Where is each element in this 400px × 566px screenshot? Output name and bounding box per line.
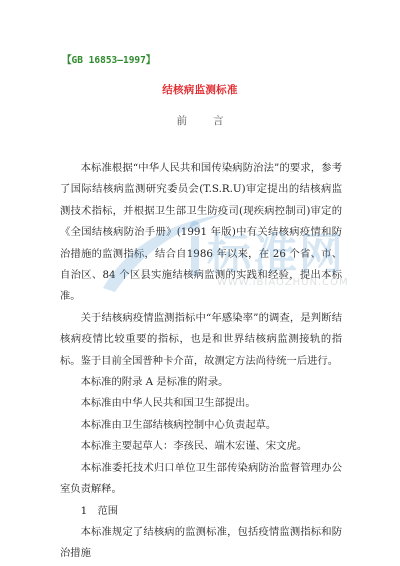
paragraph-proposer: 本标准由中华人民共和国卫生部提出。: [60, 393, 342, 414]
section-title-char: 言: [213, 113, 224, 128]
section-title-char: 前: [177, 113, 188, 128]
body-text: 本标准根据“中华人民共和国传染病防治法”的要求，参考了国际结核病监测研究委员会(…: [60, 158, 342, 565]
paragraph-basis: 本标准根据“中华人民共和国传染病防治法”的要求，参考了国际结核病监测研究委员会(…: [60, 158, 342, 308]
section-title-preface: 前言: [0, 113, 400, 128]
paragraph-interpretation: 本标准委托技术归口单位卫生部传染病防治监督管理办公室负责解释。: [60, 458, 342, 501]
document-title: 结核病监测标准: [0, 82, 400, 97]
paragraph-infection-rate: 关于结核病疫情监测指标中“年感染率”的调查，是判断结核病疫情比较重要的指标，也是…: [60, 308, 342, 372]
paragraph-drafters: 本标准主要起草人：李孩民、端木宏谨、宋文虎。: [60, 436, 342, 457]
standard-code: 【GB 16853—1997】: [62, 52, 155, 66]
paragraph-scope: 本标准规定了结核病的监测标准，包括疫情监测指标和防治措施: [60, 522, 342, 565]
paragraph-drafter-org: 本标准由卫生部结核病控制中心负责起草。: [60, 415, 342, 436]
section-heading-scope: 1 范围: [60, 501, 342, 522]
document-page: 【GB 16853—1997】 结核病监测标准 前言 本标准根据“中华人民共和国…: [0, 0, 400, 566]
paragraph-appendix: 本标准的附录 A 是标准的附录。: [60, 372, 342, 393]
